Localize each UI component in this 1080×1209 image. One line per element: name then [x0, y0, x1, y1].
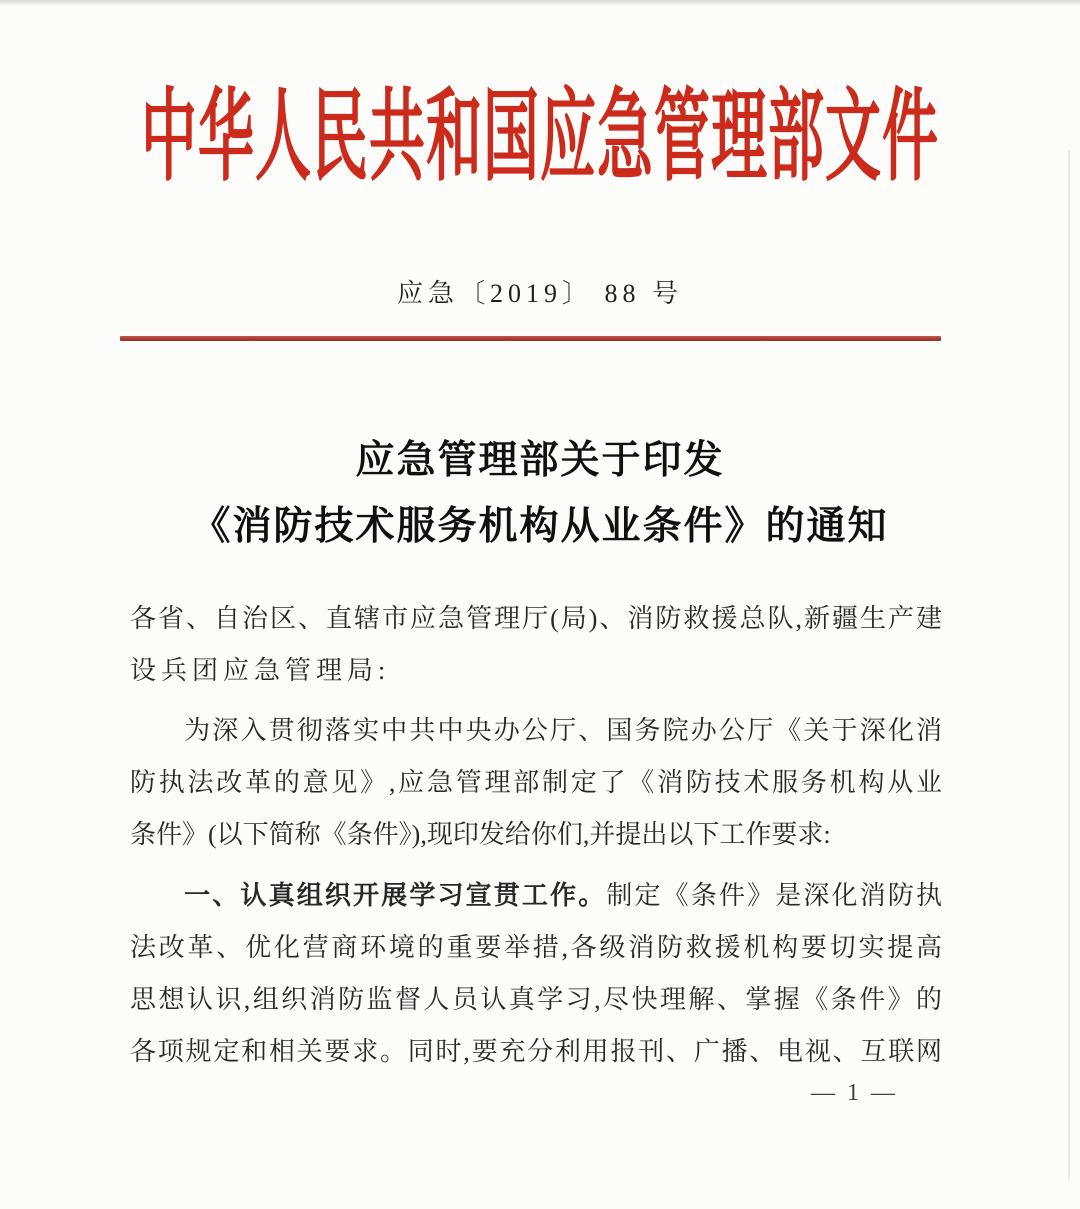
document-reference-number: 应急〔2019〕 88 号	[0, 278, 1080, 310]
document-title-line-1: 应急管理部关于印发	[0, 428, 1080, 494]
letterhead-title: 中华人民共和国应急管理部文件	[141, 88, 939, 189]
paragraph-1-line-3: 条件》(以下简称《条件》),现印发给你们,并提出以下工作要求:	[130, 809, 942, 861]
paragraph-2-bold-heading: 一、认真组织开展学习宣贯工作。	[182, 880, 606, 910]
paragraph-2-line-2: 法改革、优化营商环境的重要举措,各级消防救援机构要切实提高	[130, 922, 942, 974]
scanned-document-page: 中华人民共和国应急管理部文件 应急〔2019〕 88 号 应急管理部关于印发 《…	[0, 0, 1080, 1209]
salutation-line-1: 各省、自治区、直辖市应急管理厅(局)、消防救援总队,新疆生产建	[130, 593, 942, 645]
document-letterhead: 中华人民共和国应急管理部文件	[0, 88, 1080, 144]
paragraph-1-line-1: 为深入贯彻落实中共中央办公厅、国务院办公厅《关于深化消	[130, 705, 942, 757]
paragraph-2-line-1: 一、认真组织开展学习宣贯工作。制定《条件》是深化消防执	[130, 869, 942, 922]
red-divider-line	[120, 336, 941, 341]
page-number: — 1 —	[811, 1078, 898, 1108]
paragraph-2-line-3: 思想认识,组织消防监督人员认真学习,尽快理解、掌握《条件》的	[130, 974, 942, 1026]
scan-edge-artifact-top	[0, 0, 1080, 7]
document-title-line-2: 《消防技术服务机构从业条件》的通知	[0, 494, 1080, 560]
paragraph-2-line-4: 各项规定和相关要求。同时,要充分利用报刊、广播、电视、互联网	[130, 1026, 942, 1078]
document-title: 应急管理部关于印发 《消防技术服务机构从业条件》的通知	[0, 428, 1080, 560]
paragraph-1-line-1-text: 为深入贯彻落实中共中央办公厅、国务院办公厅《关于深化消	[182, 716, 942, 745]
paragraph-2-line-1-text: 制定《条件》是深化消防执	[606, 881, 942, 910]
document-body: 各省、自治区、直辖市应急管理厅(局)、消防救援总队,新疆生产建 设兵团应急管理局…	[130, 593, 942, 1078]
paragraph-1-line-2: 防执法改革的意见》,应急管理部制定了《消防技术服务机构从业	[130, 757, 942, 809]
salutation-line-2: 设兵团应急管理局:	[130, 645, 942, 697]
